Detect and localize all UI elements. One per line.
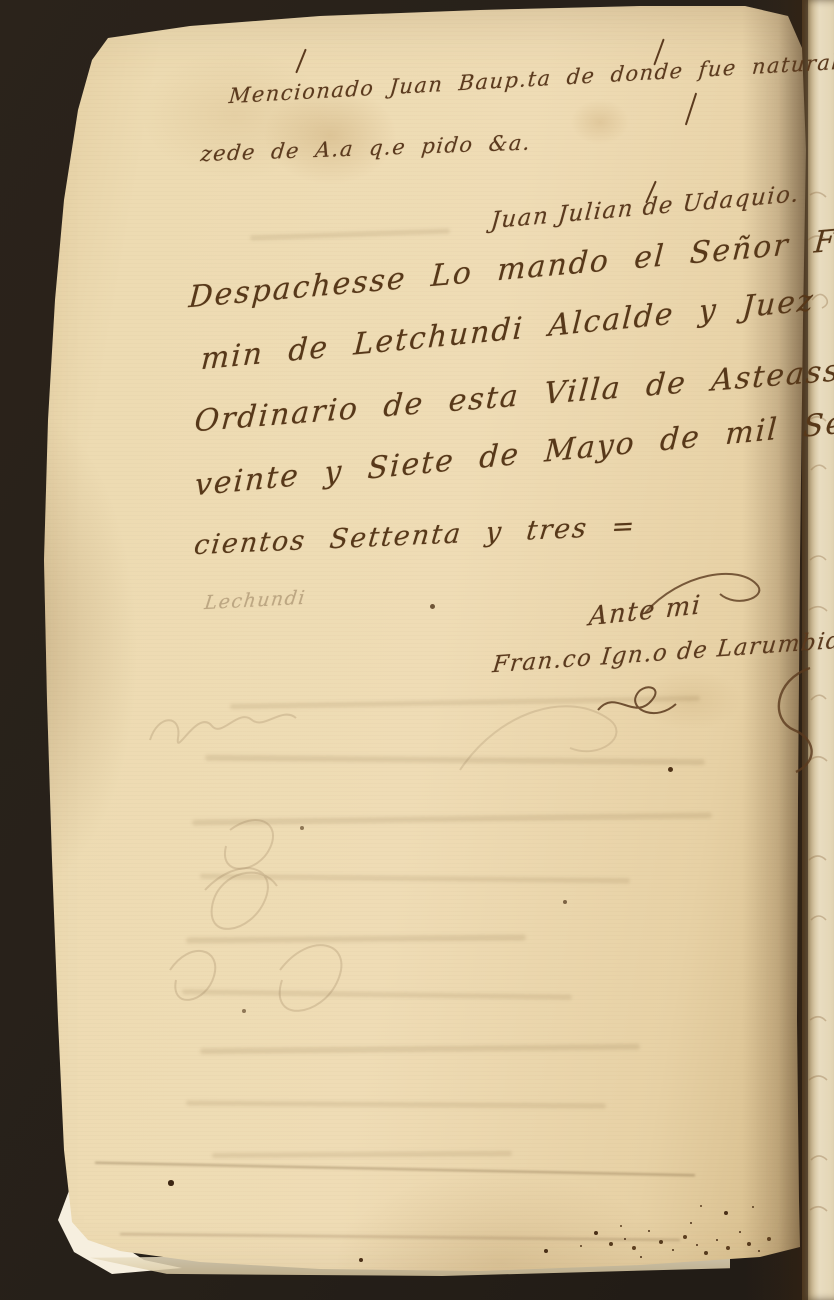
manuscript-photo: Mencionado Juan Baup.ta de donde fue nat… — [0, 0, 834, 1300]
ink-dot — [668, 767, 673, 772]
ink-dot — [430, 604, 435, 609]
ink-speckles — [0, 0, 2, 2]
ink-dot — [563, 900, 567, 904]
attestation-flourish — [640, 568, 780, 628]
notary-rubric — [590, 682, 700, 728]
ink-dot — [242, 1009, 246, 1013]
ink-dot — [300, 826, 304, 830]
marginal-paraph — [760, 660, 830, 780]
